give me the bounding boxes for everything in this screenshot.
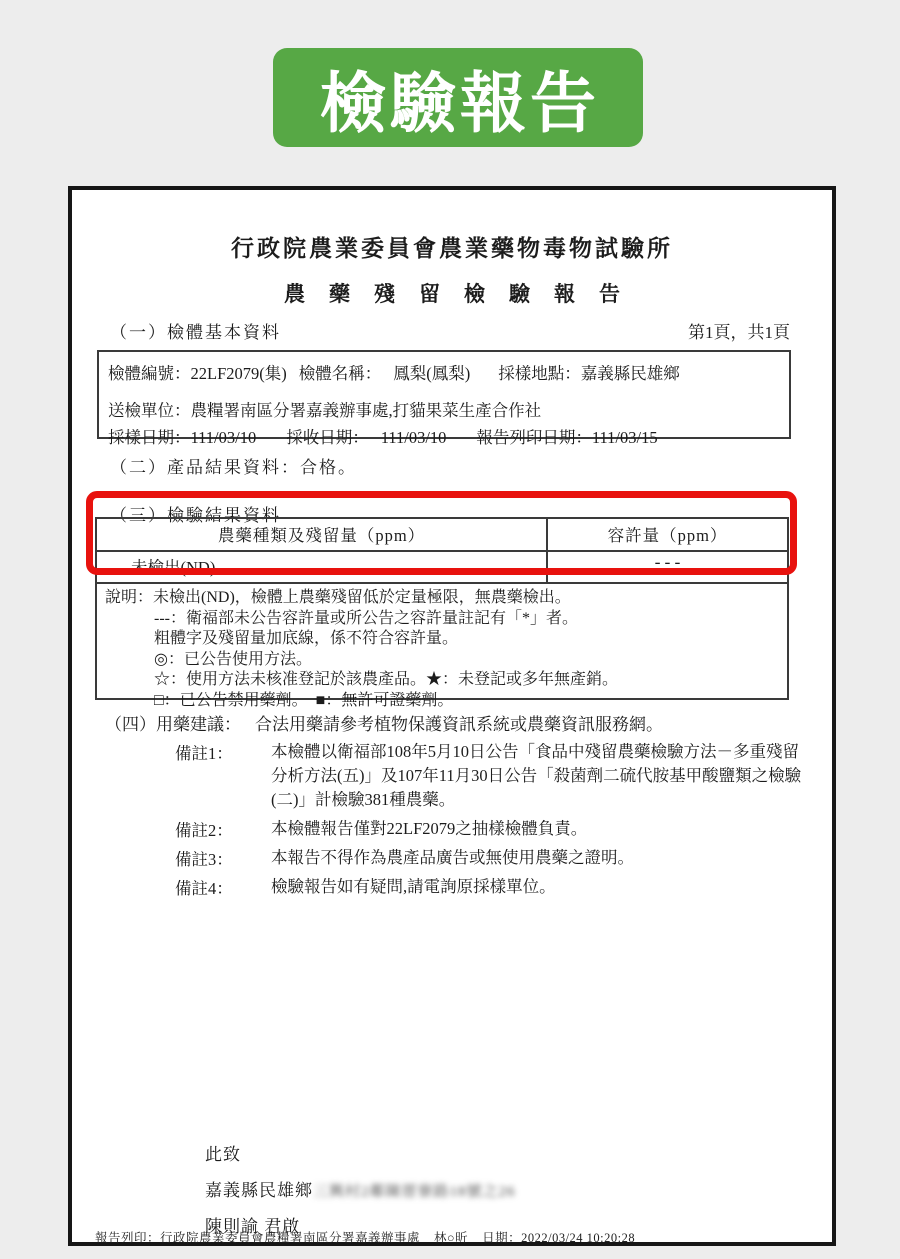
remark-row: 備註4： 檢驗報告如有疑問,請電詢原採樣單位。 [175, 875, 805, 899]
location-value: 嘉義縣民雄鄉 [581, 364, 680, 383]
print-date-value: 111/03/15 [592, 428, 658, 447]
note-line: ◎：已公告使用方法。 [105, 650, 779, 671]
harvest-date-label: 採收日期： [286, 428, 369, 447]
remark-label: 備註1： [175, 740, 255, 812]
sample-info-row-2: 送檢單位：農糧署南區分署嘉義辦事處,打貓果菜生產合作社 [108, 397, 780, 421]
test-result-table: 農藥種類及殘留量（ppm） 容許量（ppm） 未檢出(ND) --- 說明：未檢… [95, 517, 789, 700]
sample-info-row-3: 採樣日期：111/03/10採收日期：111/03/10報告列印日期：111/0… [108, 424, 780, 448]
print-date-label: 報告列印日期： [476, 428, 592, 447]
submitter-label: 送檢單位： [108, 401, 191, 420]
footer-office: 行政院農業委員會農糧署南區分署嘉義辦事處 [160, 1231, 420, 1245]
remark-label: 備註4： [175, 875, 255, 899]
recipient-area: 嘉義縣民雄鄉 [205, 1181, 313, 1200]
usage-advice-heading: （四）用藥建議： [105, 715, 241, 734]
note-line: 說明：未檢出(ND)，檢體上農藥殘留低於定量極限，無農藥檢出。 [105, 588, 779, 609]
usage-advice-text: 合法用藥請參考植物保護資訊系統或農藥資訊服務網。 [255, 715, 663, 734]
remark-row: 備註3： 本報告不得作為農產品廣告或無使用農藥之證明。 [175, 846, 805, 870]
report-document-inner: 行政院農業委員會農業藥物毒物試驗所 農藥殘留檢驗報告 （一）檢體基本資料 第1頁… [72, 190, 832, 1242]
note-line: □：已公告禁用藥劑。 ■：無許可證藥劑。 [105, 691, 779, 712]
footer-printed-by: 林○昕 [434, 1231, 468, 1245]
remark-text: 本檢體以衛福部108年5月10日公告「食品中殘留農藥檢驗方法－多重殘留分析方法(… [271, 740, 803, 812]
footer-date-label: 日期： [482, 1231, 521, 1245]
location-label: 採樣地點： [498, 364, 581, 383]
recipient-address-line: 嘉義縣民雄鄉三興村2鄰陳厝寮路18號之26 [205, 1176, 516, 1201]
page-number: 第1頁，共1頁 [688, 318, 790, 343]
submitter-value: 農糧署南區分署嘉義辦事處,打貓果菜生產合作社 [191, 401, 542, 420]
sample-name-value: 鳳梨(鳳梨) [393, 364, 470, 383]
harvest-date-value: 111/03/10 [381, 428, 447, 447]
result-notes: 說明：未檢出(ND)，檢體上農藥殘留低於定量極限，無農藥檢出。 ---：衛福部未… [97, 584, 787, 711]
result-limit-value: --- [548, 552, 787, 582]
remark-text: 本檢體報告僅對22LF2079之抽樣檢體負責。 [271, 817, 803, 841]
report-banner: 檢驗報告 [273, 48, 643, 147]
remark-text: 檢驗報告如有疑問,請電詢原採樣單位。 [271, 875, 803, 899]
section2-heading: （二）產品結果資料：合格。 [110, 453, 357, 478]
remark-text: 本報告不得作為農產品廣告或無使用農藥之證明。 [271, 846, 803, 870]
agency-title: 行政院農業委員會農業藥物毒物試驗所 [72, 230, 832, 263]
note-line: ☆：使用方法未核准登記於該農產品。★：未登記或多年無產銷。 [105, 670, 779, 691]
redacted-address: 三興村2鄰陳厝寮路18號之26 [313, 1184, 516, 1200]
section1-heading: （一）檢體基本資料 [110, 318, 281, 343]
remarks-list: 備註1： 本檢體以衛福部108年5月10日公告「食品中殘留農藥檢驗方法－多重殘留… [175, 740, 805, 904]
result-table-header-row: 農藥種類及殘留量（ppm） 容許量（ppm） [97, 519, 787, 552]
sample-info-table: 檢體編號：22LF2079(集)檢體名稱：鳳梨(鳳梨)採樣地點：嘉義縣民雄鄉 送… [97, 350, 791, 439]
closing-salutation: 此致 [205, 1140, 516, 1165]
result-residue-value: 未檢出(ND) [97, 552, 548, 582]
sample-id-label: 檢體編號： [108, 364, 191, 383]
remark-row: 備註2： 本檢體報告僅對22LF2079之抽樣檢體負責。 [175, 817, 805, 841]
section4-row: （四）用藥建議：合法用藥請參考植物保護資訊系統或農藥資訊服務網。 [105, 710, 663, 735]
sample-name-label: 檢體名稱： [299, 364, 382, 383]
screenshot-root: { "colors": { "banner_green": "#57a845",… [0, 0, 900, 1259]
print-footer: 報告列印：行政院農業委員會農糧署南區分署嘉義辦事處林○昕日期：2022/03/2… [95, 1228, 822, 1246]
remark-row: 備註1： 本檢體以衛福部108年5月10日公告「食品中殘留農藥檢驗方法－多重殘留… [175, 740, 805, 812]
footer-datetime: 2022/03/24 10:20:28 [521, 1231, 635, 1245]
note-line: ---：衛福部未公告容許量或所公告之容許量註記有「*」者。 [105, 609, 779, 630]
section1-row: （一）檢體基本資料 第1頁，共1頁 [110, 318, 790, 343]
result-table-data-row: 未檢出(ND) --- [97, 552, 787, 584]
sample-info-row-1: 檢體編號：22LF2079(集)檢體名稱：鳳梨(鳳梨)採樣地點：嘉義縣民雄鄉 [108, 360, 780, 384]
remark-label: 備註2： [175, 817, 255, 841]
banner-title: 檢驗報告 [316, 50, 600, 145]
sampling-date-value: 111/03/10 [191, 428, 257, 447]
remark-label: 備註3： [175, 846, 255, 870]
sample-id-value: 22LF2079(集) [191, 364, 287, 383]
note-line: 粗體字及殘留量加底線，係不符合容許量。 [105, 629, 779, 650]
report-title: 農藥殘留檢驗報告 [72, 278, 832, 308]
sampling-date-label: 採樣日期： [108, 428, 191, 447]
report-document: 行政院農業委員會農業藥物毒物試驗所 農藥殘留檢驗報告 （一）檢體基本資料 第1頁… [68, 186, 836, 1246]
result-col2-header: 容許量（ppm） [548, 519, 787, 550]
result-col1-header: 農藥種類及殘留量（ppm） [97, 519, 548, 550]
footer-print-label: 報告列印： [95, 1231, 160, 1245]
